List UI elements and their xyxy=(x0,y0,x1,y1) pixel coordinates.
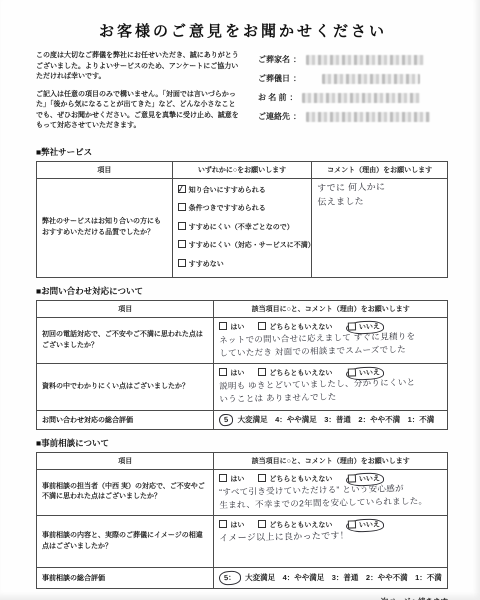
rating-scale-line: 5大変満足 4：やや満足 3：普通 2：やや不満 1：不満 xyxy=(219,414,442,426)
option-label: すすめにくい（不幸ごとなので） xyxy=(189,224,294,231)
checkbox-option: どちらともいえない xyxy=(258,522,332,529)
rating-scale-line: 5：大変満足 4：やや満足 3：普通 2：やや不満 1：不満 xyxy=(219,571,442,585)
handwritten-comment: ネットでの問い合せに応えまして すぐに見積りを していただき 対面での相談までス… xyxy=(219,329,442,360)
consult-row-staff: 事前相談の担当者（中西 実）の対応で、ご不安やご不満に思われた点はございましたか… xyxy=(37,469,448,515)
consult-row-image: 事前相談の内容と、実際のご葬儀にイメージの相違点はございましたか？ はい どちら… xyxy=(37,516,448,568)
field-separator: ： xyxy=(293,111,301,122)
checkbox-icon xyxy=(258,368,266,376)
service-row: 弊社のサービスはお知り合いの方にもおすすめいただける品質でしたか？ 知り合いにす… xyxy=(37,178,448,278)
rating-scale: 大変満足 4：やや満足 3：普通 2：やや不満 1：不満 xyxy=(245,573,442,582)
intro-section: この度は大切なご葬儀を弊社にお任せいただき、誠にありがとうございました。よりよい… xyxy=(36,51,450,139)
checkbox-option: はい xyxy=(219,522,244,529)
column-header-choice: いずれかに○をお願いします xyxy=(172,161,312,178)
service-options: 知り合いにすすめられる 条件つきですすめられる すすめにくい（不幸ごとなので） … xyxy=(178,182,307,275)
checkbox-option: どちらともいえない xyxy=(258,324,332,331)
checkbox-icon xyxy=(219,474,227,482)
field-label: ご葬儀日 xyxy=(258,73,290,84)
checkbox-icon xyxy=(258,520,266,528)
checkbox-icon xyxy=(178,240,186,248)
checkbox-option: すすめない xyxy=(178,256,307,275)
option-label: 条件つきですすめられる xyxy=(189,205,266,212)
option-label: 知り合いにすすめられる xyxy=(189,187,266,194)
section-heading-inquiry: ■お問い合わせ対応について xyxy=(36,285,450,297)
scanned-survey-page: お客様のご意見をお聞かせください この度は大切なご葬儀を弊社にお任せいただき、誠… xyxy=(0,0,480,600)
handwritten-comment: 説明も ゆきとどいていましたし、分かりにくいと いうことは ありませんでした xyxy=(219,376,442,407)
field-sohkamei: ご葬家名 ： xyxy=(258,54,450,65)
footer-note: 次ページへ続きます xyxy=(36,596,448,600)
checkbox-option: はい xyxy=(219,324,244,331)
checkbox-option: はい xyxy=(219,476,244,483)
column-header-content: 該当項目に○と、コメント（理由）をお願いします xyxy=(214,452,448,469)
table-header-row: 項目 該当項目に○と、コメント（理由）をお願いします xyxy=(37,452,448,469)
checkbox-icon xyxy=(178,222,186,230)
checkbox-option: 条件つきですすめられる xyxy=(178,200,307,219)
redacted-value xyxy=(306,55,424,65)
inquiry-table: 項目 該当項目に○と、コメント（理由）をお願いします 初回の電話対応で、ご不安や… xyxy=(36,300,448,430)
intro-text: この度は大切なご葬儀を弊社にお任せいただき、誠にありがとうございました。よりよい… xyxy=(36,51,242,139)
checkbox-icon xyxy=(178,259,186,267)
column-header-comment: コメント（理由）をお願いします xyxy=(312,161,448,178)
redacted-value xyxy=(302,93,420,103)
field-label: お 名 前 xyxy=(258,92,286,103)
field-label: ご連絡先 xyxy=(258,111,290,122)
field-separator: ： xyxy=(293,54,301,65)
inquiry-rating-row: お問い合わせ対応の総合評価 5大変満足 4：やや満足 3：普通 2：やや不満 1… xyxy=(37,410,448,429)
checkbox-option: どちらともいえない xyxy=(258,476,332,483)
column-header-item: 項目 xyxy=(37,452,214,469)
column-header-content: 該当項目に○と、コメント（理由）をお願いします xyxy=(214,301,448,318)
selected-rating-circle: 5： xyxy=(219,570,241,585)
checkbox-icon xyxy=(258,322,266,330)
rating-scale: 大変満足 4：やや満足 3：普通 2：やや不満 1：不満 xyxy=(238,415,435,424)
column-header-item: 項目 xyxy=(37,301,214,318)
checkbox-option: 知り合いにすすめられる xyxy=(178,182,307,201)
checkbox-checked-icon xyxy=(178,185,186,193)
consult-rating-row: 事前相談の総合評価 5：大変満足 4：やや満足 3：普通 2：やや不満 1：不満 xyxy=(37,568,448,589)
checkbox-icon xyxy=(178,203,186,211)
option-label: すすめない xyxy=(189,261,224,268)
inquiry-row-materials: 資料の中でわかりにくい点はございましたか？ はい どちらともいえない いいえ 説… xyxy=(37,364,448,410)
table-header-row: 項目 該当項目に○と、コメント（理由）をお願いします xyxy=(37,301,448,318)
section-heading-consult: ■事前相談について xyxy=(36,437,450,449)
checkbox-icon xyxy=(348,474,356,482)
field-separator: ： xyxy=(289,92,297,103)
checkbox-option: すすめにくい（不幸ごとなので） xyxy=(178,219,307,238)
selected-rating-circle: 5 xyxy=(219,413,234,426)
redacted-value xyxy=(306,112,430,122)
option-label: すすめにくい（対応・サービスに不満） xyxy=(189,242,315,249)
checkbox-icon xyxy=(258,474,266,482)
checkbox-icon xyxy=(219,322,227,330)
rating-label: お問い合わせ対応の総合評価 xyxy=(42,415,208,425)
intro-paragraph-1: この度は大切なご葬儀を弊社にお任せいただき、誠にありがとうございました。よりよい… xyxy=(36,51,242,83)
redacted-value xyxy=(322,74,420,84)
field-sogibi: ご葬儀日 ： xyxy=(258,73,450,84)
checkbox-icon xyxy=(348,369,356,377)
table-header-row: 項目 いずれかに○をお願いします コメント（理由）をお願いします xyxy=(37,161,448,178)
service-question: 弊社のサービスはお知り合いの方にもおすすめいただける品質でしたか？ xyxy=(42,217,167,238)
checkbox-icon xyxy=(348,322,356,330)
field-separator: ： xyxy=(293,73,301,84)
rating-label: 事前相談の総合評価 xyxy=(42,573,208,583)
question: 事前相談の担当者（中西 実）の対応で、ご不安やご不満に思われた点はございましたか… xyxy=(42,482,208,503)
field-contact: ご連絡先 ： xyxy=(258,111,450,122)
page-title: お客様のご意見をお聞かせください xyxy=(36,20,450,41)
handwritten-comment: すでに 何人かに 伝えました xyxy=(317,179,442,209)
question: 事前相談の内容と、実際のご葬儀にイメージの相違点はございましたか？ xyxy=(42,531,208,552)
consult-table: 項目 該当項目に○と、コメント（理由）をお願いします 事前相談の担当者（中西 実… xyxy=(36,452,448,589)
field-name: お 名 前 ： xyxy=(258,92,450,103)
handwritten-comment: “すべて引き受けていただける” という安心感が 生まれ、不幸までの2年間を安心し… xyxy=(219,481,442,512)
column-header-item: 項目 xyxy=(37,161,173,178)
field-label: ご葬家名 xyxy=(258,54,290,65)
checkbox-option: はい xyxy=(219,370,244,377)
checkbox-icon xyxy=(219,368,227,376)
inquiry-row-phone: 初回の電話対応で、ご不安やご不満に思われた点はございましたか？ はい どちらとも… xyxy=(37,318,448,364)
question: 資料の中でわかりにくい点はございましたか？ xyxy=(42,382,208,393)
contact-fields: ご葬家名 ： ご葬儀日 ： お 名 前 ： ご連絡先 ： xyxy=(242,51,450,130)
checkbox-option: すすめにくい（対応・サービスに不満） xyxy=(178,237,307,256)
checkbox-icon xyxy=(219,520,227,528)
checkbox-option: どちらともいえない xyxy=(258,370,332,377)
service-table: 項目 いずれかに○をお願いします コメント（理由）をお願いします 弊社のサービス… xyxy=(36,161,448,279)
checkbox-icon xyxy=(348,520,356,528)
section-heading-service: ■弊社サービス xyxy=(36,146,450,158)
question: 初回の電話対応で、ご不安やご不満に思われた点はございましたか？ xyxy=(42,330,208,351)
intro-paragraph-2: ご記入は任意の項目のみで構いません。「対面では言いづらかった」「後から気になるこ… xyxy=(36,90,242,132)
